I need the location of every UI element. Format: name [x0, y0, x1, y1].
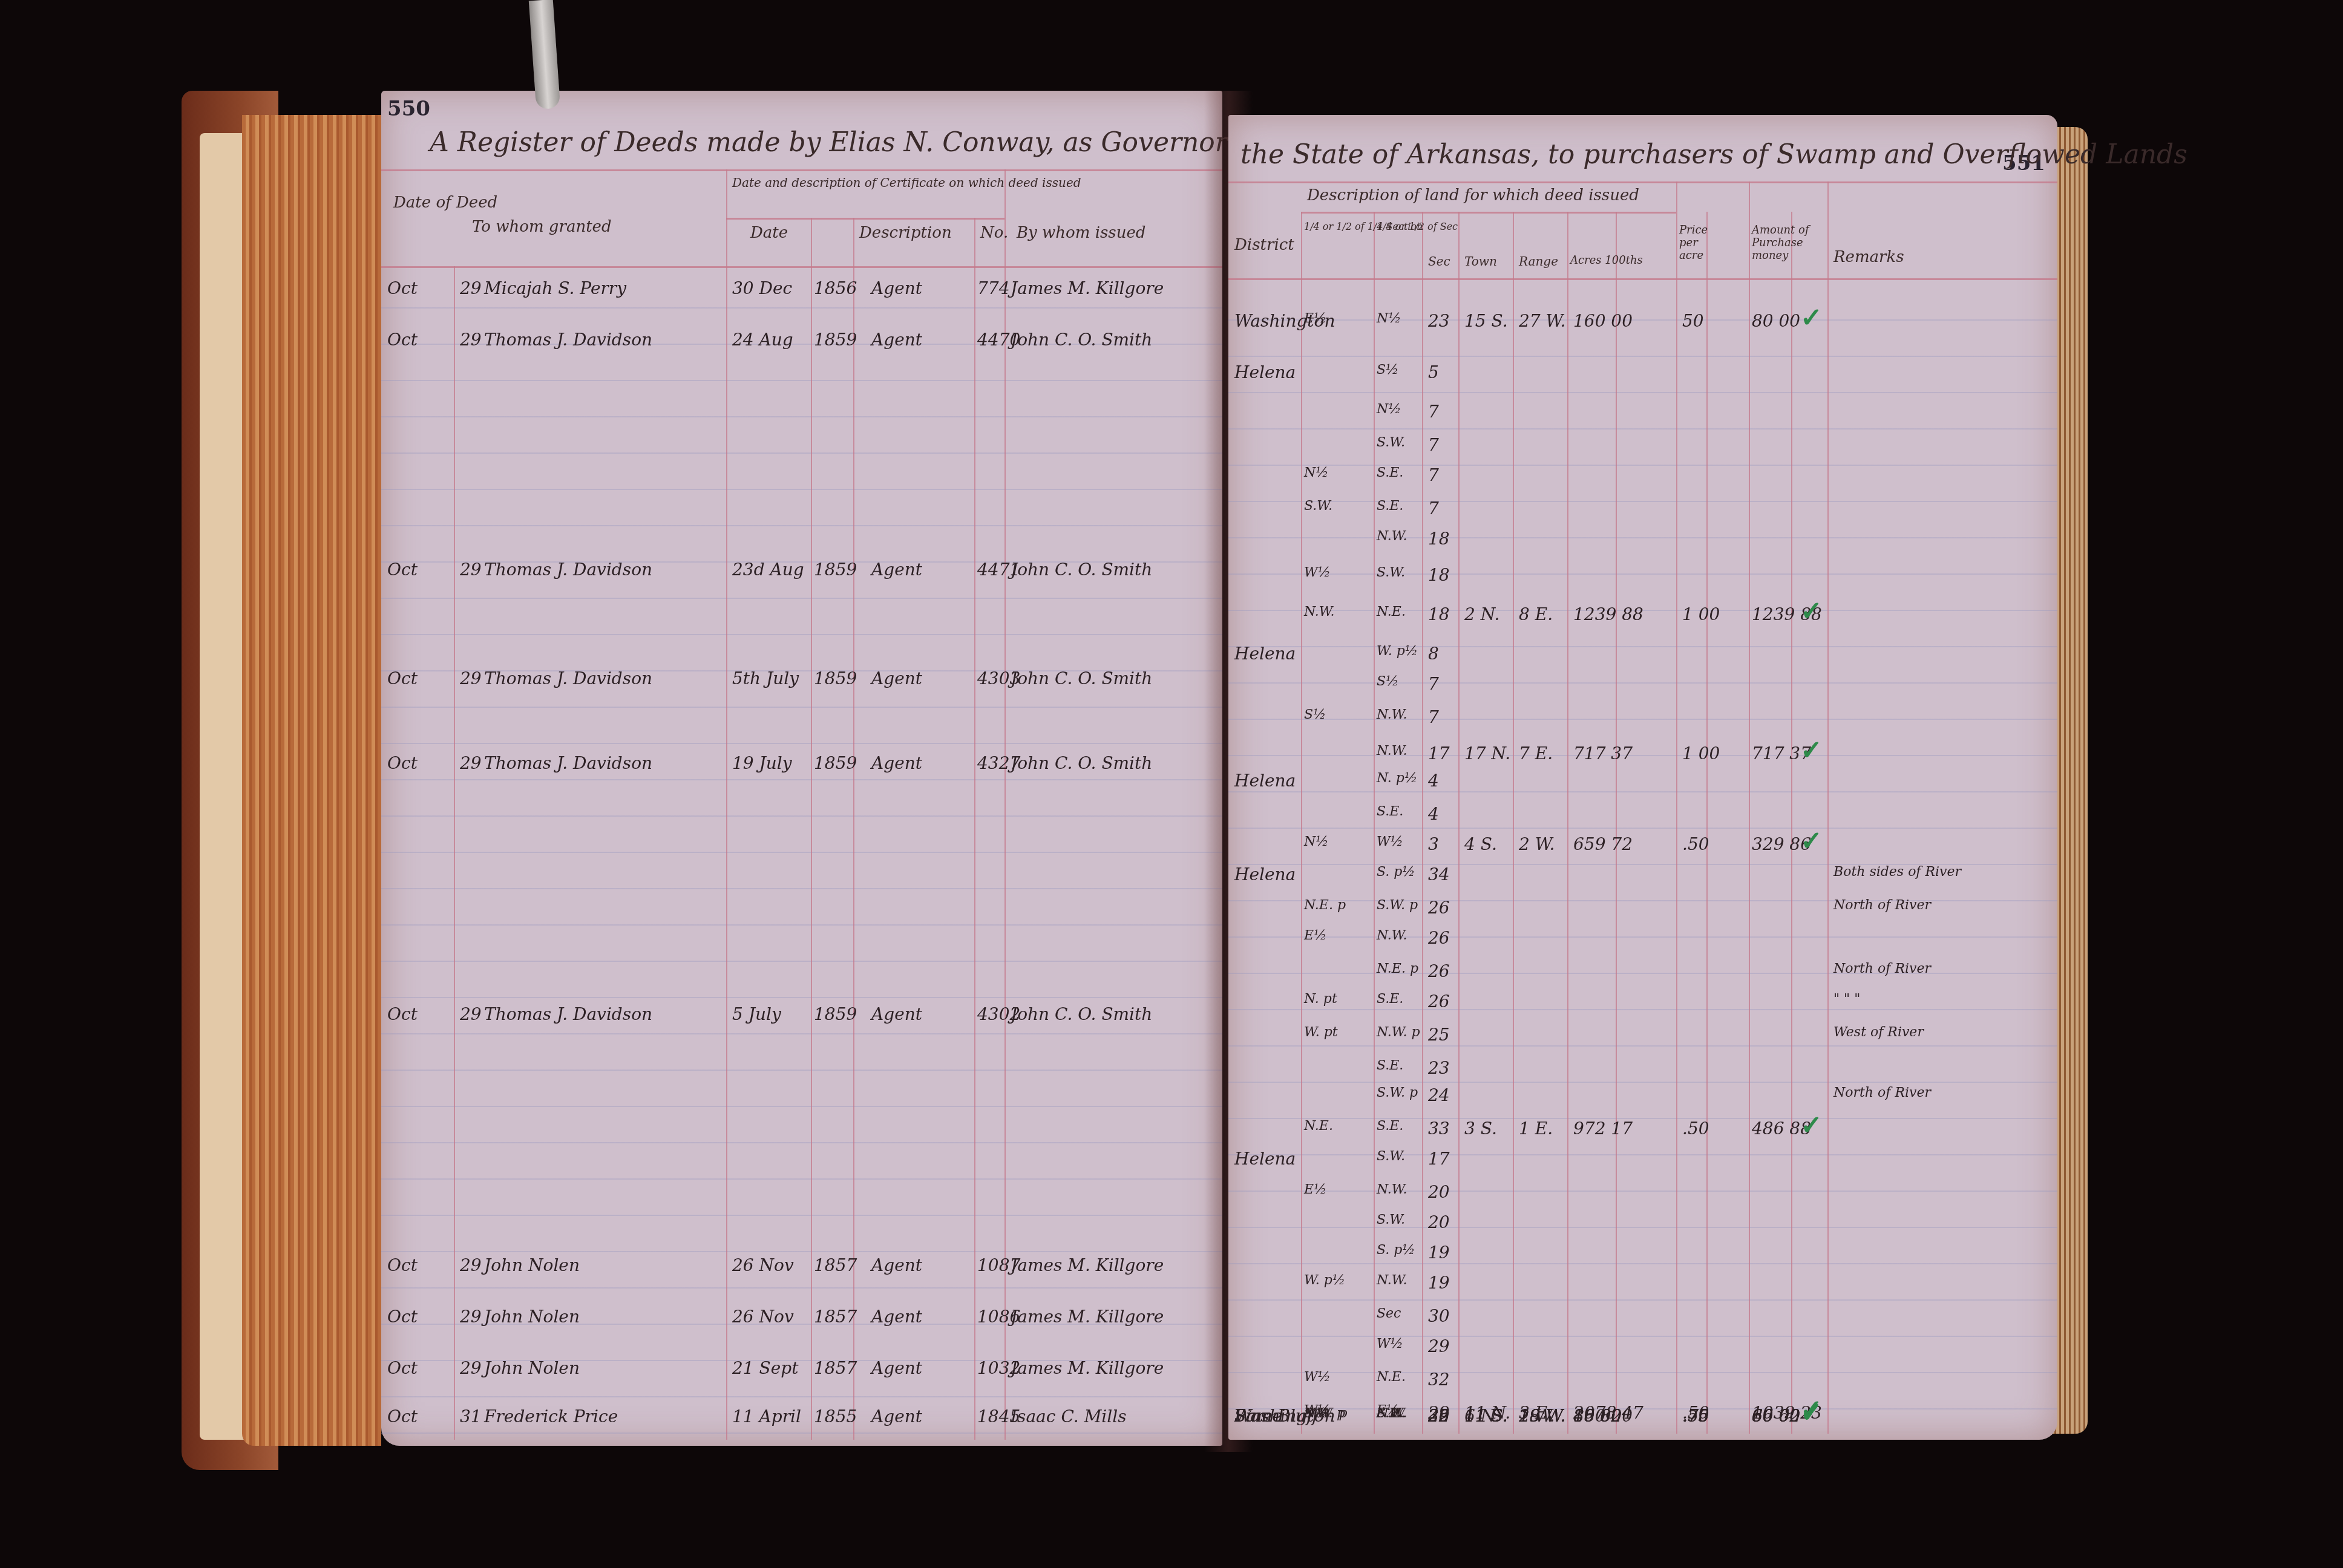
- section: 8: [1428, 644, 1439, 664]
- page-edges-left: [242, 115, 381, 1446]
- quarter: N.E.: [1377, 1370, 1406, 1385]
- ledger-row: Oct 31 Frederick Price 11 April 1855 Age…: [381, 1400, 1222, 1437]
- township: 2 N.: [1464, 604, 1499, 624]
- section: 26: [1428, 928, 1450, 948]
- rule: [381, 266, 1222, 268]
- range: 27 W.: [1519, 311, 1565, 331]
- cert-year: 1859: [814, 1004, 857, 1024]
- quarter: S.E.: [1377, 991, 1403, 1007]
- range: 1 E.: [1519, 1119, 1553, 1138]
- range: 7 E.: [1519, 743, 1553, 763]
- section: 19: [1428, 1243, 1450, 1263]
- township: 17 N.: [1464, 743, 1510, 763]
- section: 29: [1428, 1336, 1450, 1356]
- header-date-of-deed: Date of Deed: [393, 194, 497, 212]
- issuer: James M. Killgore: [1011, 278, 1164, 298]
- district-name: Helena: [1234, 1149, 1296, 1169]
- ledger-row: Oct 29 Thomas J. Davidson 23d Aug 1859 A…: [381, 554, 1222, 590]
- cert-description: Agent: [871, 1004, 922, 1024]
- cert-year: 1855: [814, 1406, 857, 1426]
- section: 25: [1428, 1025, 1450, 1045]
- price-per-acre: .50: [1682, 1406, 1709, 1426]
- ledger-row: W½29: [1228, 1334, 2057, 1361]
- deed-month: Oct: [387, 1406, 418, 1426]
- section: 33: [1428, 1119, 1450, 1138]
- header-amount: Amount of Purchase money: [1752, 224, 1824, 262]
- quarter: N.W.: [1377, 928, 1407, 943]
- section: 17: [1428, 743, 1450, 763]
- header-land-description: Description of land for which deed issue…: [1307, 186, 1639, 204]
- ledger-row: Pine BluffN.E.256 N.2 W.160 00.5080 00✓: [1228, 1403, 2057, 1430]
- quarter: N. p½: [1377, 771, 1417, 786]
- township: 3 S.: [1464, 1119, 1497, 1138]
- section: 7: [1428, 707, 1439, 727]
- cert-date: 11 April: [732, 1406, 801, 1426]
- deed-month: Oct: [387, 330, 418, 350]
- quarter: W½: [1377, 1336, 1403, 1351]
- deed-month: Oct: [387, 1307, 418, 1327]
- section: 20: [1428, 1212, 1450, 1232]
- header-price-per-acre: Price per acre: [1679, 224, 1715, 262]
- grantee: Micajah S. Perry: [484, 278, 626, 298]
- left-page: 550 A Register of Deeds made by Elias N.…: [381, 91, 1222, 1446]
- deed-month: Oct: [387, 1255, 418, 1275]
- ledger-row: HelenaN. p½4: [1228, 768, 2057, 795]
- quarter-quarter: S.W.: [1304, 498, 1332, 514]
- issuer: John C. O. Smith: [1011, 668, 1152, 688]
- acres: 659 72: [1573, 834, 1633, 854]
- header-remarks: Remarks: [1833, 248, 1904, 266]
- section: 7: [1428, 402, 1439, 422]
- quarter: S.E.: [1377, 498, 1403, 514]
- rule: [1228, 181, 2057, 183]
- header-sec: Sec: [1428, 254, 1450, 269]
- range: 8 E.: [1519, 604, 1553, 624]
- cert-description: Agent: [871, 1406, 922, 1426]
- remark: North of River: [1833, 961, 1931, 976]
- cert-year: 1859: [814, 668, 857, 688]
- grantee: Thomas J. Davidson: [484, 668, 652, 688]
- grantee: Thomas J. Davidson: [484, 330, 652, 350]
- cert-description: Agent: [871, 278, 922, 298]
- grantee: Thomas J. Davidson: [484, 1004, 652, 1024]
- quarter: S.E.: [1377, 1119, 1403, 1134]
- ledger-row: W½S.W.18: [1228, 563, 2057, 589]
- quarter: S.E.: [1377, 465, 1403, 480]
- section: 26: [1428, 991, 1450, 1011]
- ledger-row: Oct 29 John Nolen 26 Nov 1857 Agent 1087…: [381, 1249, 1222, 1285]
- ledger-row: HelenaW. p½8: [1228, 641, 2057, 668]
- cert-date: 26 Nov: [732, 1307, 794, 1327]
- ledger-row: N½S.E.7: [1228, 463, 2057, 489]
- ledger-row: W. ptN.W. p25West of River: [1228, 1022, 2057, 1049]
- deed-day: 29: [460, 1358, 482, 1378]
- quarter-quarter: S½: [1304, 707, 1326, 722]
- grantee: John Nolen: [484, 1255, 580, 1275]
- header-acres: Acres 100ths: [1570, 254, 1643, 267]
- district-name: Pine Bluff: [1234, 1406, 1319, 1426]
- quarter: N½: [1377, 311, 1401, 326]
- cert-date: 19 July: [732, 753, 792, 773]
- price-per-acre: 1 00: [1682, 743, 1720, 763]
- cert-description: Agent: [871, 1255, 922, 1275]
- quarter: S. p½: [1377, 864, 1415, 880]
- deed-day: 29: [460, 1004, 482, 1024]
- deed-day: 29: [460, 278, 482, 298]
- quarter: N.W.: [1377, 529, 1407, 544]
- right-page: 551 the State of Arkansas, to purchasers…: [1228, 115, 2057, 1440]
- quarter: N.E.: [1377, 1406, 1406, 1421]
- ledger-row: S.W. p24North of River: [1228, 1083, 2057, 1109]
- cert-year: 1859: [814, 560, 857, 580]
- quarter-quarter: W½: [1304, 1370, 1331, 1385]
- quarter: S.W.: [1377, 1149, 1405, 1164]
- quarter: S.W.: [1377, 565, 1405, 580]
- quarter: S.W. p: [1377, 898, 1418, 913]
- header-to-whom-granted: To whom granted: [472, 218, 612, 236]
- quarter-quarter: E½: [1304, 311, 1326, 326]
- quarter: N.E. p: [1377, 961, 1418, 976]
- grantee: John Nolen: [484, 1307, 580, 1327]
- ledger-row: N.E. pS.W. p26North of River: [1228, 895, 2057, 922]
- header-no: No.: [980, 224, 1008, 242]
- purchase-amount: 80 00: [1752, 311, 1800, 331]
- cert-date: 24 Aug: [732, 330, 793, 350]
- ledger-row: N.W.N.E.182 N.8 E.1239 881 001239 88✓: [1228, 602, 2057, 629]
- ledger-row: N½7: [1228, 399, 2057, 426]
- quarter: S.W.: [1377, 1212, 1405, 1227]
- rule: [726, 218, 1004, 220]
- section: 18: [1428, 565, 1450, 585]
- cert-date: 26 Nov: [732, 1255, 794, 1275]
- issuer: John C. O. Smith: [1011, 330, 1152, 350]
- remark: North of River: [1833, 898, 1931, 913]
- ledger-row: Oct 29 John Nolen 21 Sept 1857 Agent 103…: [381, 1352, 1222, 1388]
- section: 7: [1428, 435, 1439, 455]
- cert-date: 30 Dec: [732, 278, 792, 298]
- grantee: Frederick Price: [484, 1406, 618, 1426]
- quarter: S½: [1377, 674, 1398, 689]
- quarter: N½: [1377, 402, 1401, 417]
- ledger-row: S.E.4: [1228, 802, 2057, 828]
- ledger-row: N.E. p26North of River: [1228, 959, 2057, 985]
- section: 34: [1428, 864, 1450, 884]
- section: 7: [1428, 498, 1439, 518]
- cert-description: Agent: [871, 1307, 922, 1327]
- ledger-row: Oct 29 Thomas J. Davidson 19 July 1859 A…: [381, 747, 1222, 783]
- township: 6 N.: [1464, 1406, 1499, 1426]
- cert-year: 1856: [814, 278, 857, 298]
- range: 2 W.: [1519, 834, 1555, 854]
- quarter-quarter: W. pt: [1304, 1025, 1338, 1040]
- issuer: Isaac C. Mills: [1011, 1406, 1127, 1426]
- deed-day: 29: [460, 1255, 482, 1275]
- section: 4: [1428, 804, 1439, 824]
- grantee: Thomas J. Davidson: [484, 560, 652, 580]
- issuer: John C. O. Smith: [1011, 560, 1152, 580]
- ledger-row: S.E.23: [1228, 1056, 2057, 1082]
- ledger-row: S.W.S.E.7: [1228, 496, 2057, 523]
- quarter: W. p½: [1377, 644, 1418, 659]
- section: 7: [1428, 465, 1439, 485]
- ledger-row: Oct 29 Thomas J. Davidson 5 July 1859 Ag…: [381, 998, 1222, 1034]
- cert-date: 21 Sept: [732, 1358, 798, 1378]
- cert-description: Agent: [871, 330, 922, 350]
- deed-day: 29: [460, 668, 482, 688]
- quarter-quarter: N.E. p: [1304, 898, 1346, 913]
- quarter: S.E.: [1377, 804, 1403, 819]
- quarter-quarter: N½: [1304, 834, 1329, 849]
- ledger-row: N. ptS.E.26" " ": [1228, 989, 2057, 1016]
- section: 17: [1428, 1149, 1450, 1169]
- ledger-row: Oct 29 Micajah S. Perry 30 Dec 1856 Agen…: [381, 272, 1222, 309]
- deed-day: 29: [460, 560, 482, 580]
- section: 4: [1428, 771, 1439, 791]
- township: 4 S.: [1464, 834, 1497, 854]
- checkmark-icon: ✓: [1800, 1397, 1823, 1428]
- district-name: Helena: [1234, 864, 1296, 884]
- quarter: S. p½: [1377, 1243, 1415, 1258]
- quarter-quarter: N.W.: [1304, 604, 1335, 619]
- ledger-row: S½N.W.7: [1228, 705, 2057, 731]
- acres: 717 37: [1573, 743, 1633, 763]
- checkmark-icon: ✓: [1800, 596, 1823, 627]
- quarter: Sec: [1377, 1306, 1401, 1321]
- header-by-whom-issued: By whom issued: [1017, 224, 1145, 242]
- deed-month: Oct: [387, 1358, 418, 1378]
- section: 30: [1428, 1306, 1450, 1326]
- quarter: S½: [1377, 362, 1398, 377]
- ledger-row: Oct 29 Thomas J. Davidson 5th July 1859 …: [381, 662, 1222, 699]
- cert-description: Agent: [871, 560, 922, 580]
- district-name: Helena: [1234, 644, 1296, 664]
- price-per-acre: 50: [1682, 311, 1704, 331]
- cert-date: 23d Aug: [732, 560, 804, 580]
- cert-number: 774: [977, 278, 1009, 298]
- section: 24: [1428, 1085, 1450, 1105]
- cert-description: Agent: [871, 1358, 922, 1378]
- page-title-right: the State of Arkansas, to purchasers of …: [1240, 139, 2187, 170]
- remark: North of River: [1833, 1085, 1931, 1100]
- cert-year: 1859: [814, 330, 857, 350]
- header-certificate-group: Date and description of Certificate on w…: [732, 175, 1081, 190]
- checkmark-icon: ✓: [1800, 826, 1823, 857]
- cert-description: Agent: [871, 668, 922, 688]
- deed-day: 29: [460, 330, 482, 350]
- ledger-row: N.E.S.E.333 S.1 E.972 17.50486 88✓: [1228, 1116, 2057, 1143]
- acres: 1239 88: [1573, 604, 1643, 624]
- section: 7: [1428, 674, 1439, 694]
- quarter: S.W. p: [1377, 1085, 1418, 1100]
- ledger-row: Sec30: [1228, 1304, 2057, 1330]
- quarter: S.W.: [1377, 435, 1405, 450]
- remark: Both sides of River: [1833, 864, 1961, 880]
- township: 15 S.: [1464, 311, 1508, 331]
- section: 20: [1428, 1182, 1450, 1202]
- rule: [381, 169, 1222, 171]
- quarter: N.W.: [1377, 707, 1407, 722]
- deed-month: Oct: [387, 1004, 418, 1024]
- ledger-row: S.W.20: [1228, 1210, 2057, 1236]
- page-title-left: A Register of Deeds made by Elias N. Con…: [430, 127, 1262, 158]
- cert-year: 1859: [814, 753, 857, 773]
- quarter: N.W.: [1377, 1182, 1407, 1197]
- rule: [1228, 278, 2057, 280]
- ledger-row: WashingtonE½N½2315 S.27 W.160 005080 00✓: [1228, 309, 2057, 335]
- header-quarter-of-sec: 1/4 or 1/2 of Sec: [1377, 221, 1458, 232]
- header-date: Date: [750, 224, 788, 242]
- header-range: Range: [1519, 254, 1558, 269]
- quarter: N.W.: [1377, 1273, 1407, 1288]
- cert-date: 5th July: [732, 668, 799, 688]
- issuer: James M. Killgore: [1011, 1358, 1164, 1378]
- section: 3: [1428, 834, 1439, 854]
- ledger-row: Oct 29 Thomas J. Davidson 24 Aug 1859 Ag…: [381, 324, 1222, 360]
- grantee: John Nolen: [484, 1358, 580, 1378]
- ledger-row: N.W.18: [1228, 526, 2057, 553]
- section: 26: [1428, 961, 1450, 981]
- header-town: Town: [1464, 254, 1497, 269]
- cert-year: 1857: [814, 1307, 857, 1327]
- section: 19: [1428, 1273, 1450, 1293]
- acres: 972 17: [1573, 1119, 1633, 1138]
- ledger-row: N½W½34 S.2 W.659 72.50329 86✓: [1228, 832, 2057, 858]
- checkmark-icon: ✓: [1800, 302, 1823, 333]
- quarter-quarter: N½: [1304, 465, 1329, 480]
- quarter-quarter: N.E.: [1304, 1119, 1333, 1134]
- issuer: James M. Killgore: [1011, 1307, 1164, 1327]
- header-district: District: [1234, 236, 1294, 254]
- ledger-row: E½N.W.26: [1228, 926, 2057, 952]
- quarter-quarter: E½: [1304, 928, 1326, 943]
- quarter: S.E.: [1377, 1058, 1403, 1073]
- rule: [1301, 212, 1676, 214]
- quarter-quarter: N. pt: [1304, 991, 1337, 1007]
- acres: 160 00: [1573, 1406, 1633, 1426]
- ledger-row: Oct 29 John Nolen 26 Nov 1857 Agent 1086…: [381, 1301, 1222, 1337]
- cert-description: Agent: [871, 753, 922, 773]
- header-description: Description: [859, 224, 952, 242]
- quarter: W½: [1377, 834, 1403, 849]
- deed-month: Oct: [387, 668, 418, 688]
- ledger-row: HelenaS.W.17: [1228, 1146, 2057, 1173]
- quarter: N.E.: [1377, 604, 1406, 619]
- district-name: Helena: [1234, 771, 1296, 791]
- deed-day: 29: [460, 1307, 482, 1327]
- ledger-row: W½N.E.32: [1228, 1367, 2057, 1394]
- price-per-acre: 1 00: [1682, 604, 1720, 624]
- deed-day: 29: [460, 753, 482, 773]
- section: 26: [1428, 898, 1450, 918]
- ledger-row: W. p½N.W.19: [1228, 1270, 2057, 1297]
- grantee: Thomas J. Davidson: [484, 753, 652, 773]
- deed-month: Oct: [387, 560, 418, 580]
- issuer: John C. O. Smith: [1011, 753, 1152, 773]
- purchase-amount: 80 00: [1752, 1406, 1800, 1426]
- section: 23: [1428, 311, 1450, 331]
- section: 32: [1428, 1370, 1450, 1390]
- section: 23: [1428, 1058, 1450, 1078]
- price-per-acre: .50: [1682, 834, 1709, 854]
- district-name: Helena: [1234, 362, 1296, 382]
- remark: " " ": [1833, 991, 1860, 1007]
- cert-year: 1857: [814, 1255, 857, 1275]
- quarter-quarter: W. p½: [1304, 1273, 1345, 1288]
- cert-date: 5 July: [732, 1004, 781, 1024]
- section: 18: [1428, 604, 1450, 624]
- checkmark-icon: ✓: [1800, 1110, 1823, 1141]
- page-number-left: 550: [387, 97, 430, 121]
- section: 5: [1428, 362, 1439, 382]
- issuer: John C. O. Smith: [1011, 1004, 1152, 1024]
- checkmark-icon: ✓: [1800, 735, 1823, 766]
- ledger-row: S. p½19: [1228, 1240, 2057, 1267]
- ledger-row: HelenaS. p½34Both sides of River: [1228, 862, 2057, 889]
- deed-day: 31: [460, 1406, 482, 1426]
- quarter-quarter: W½: [1304, 565, 1331, 580]
- quarter: N.W. p: [1377, 1025, 1420, 1040]
- section: 18: [1428, 529, 1450, 549]
- cert-year: 1857: [814, 1358, 857, 1378]
- remark: West of River: [1833, 1025, 1924, 1040]
- deed-month: Oct: [387, 278, 418, 298]
- acres: 160 00: [1573, 311, 1633, 331]
- ledger-row: HelenaS½5: [1228, 360, 2057, 387]
- ledger-row: S.W.7: [1228, 433, 2057, 459]
- ledger-row: N.W.1717 N.7 E.717 371 00717 37✓: [1228, 741, 2057, 768]
- quarter-quarter: E½: [1304, 1182, 1326, 1197]
- section: 25: [1428, 1406, 1450, 1426]
- ledger-row: S½7: [1228, 671, 2057, 698]
- quarter: N.W.: [1377, 743, 1407, 759]
- range: 2 W.: [1519, 1406, 1555, 1426]
- price-per-acre: .50: [1682, 1119, 1709, 1138]
- deed-month: Oct: [387, 753, 418, 773]
- issuer: James M. Killgore: [1011, 1255, 1164, 1275]
- ledger-row: E½N.W.20: [1228, 1180, 2057, 1206]
